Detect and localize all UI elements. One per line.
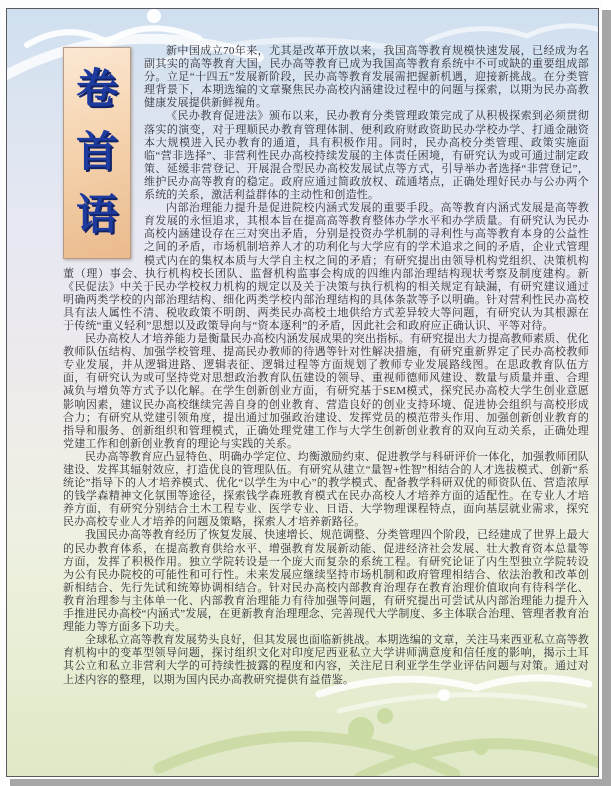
paragraph-3: 内部治理能力提升是促进院校内涵式发展的重要手段。高等教育内涵式发展是高等教育发展… bbox=[63, 202, 589, 333]
paragraph-2: 《民办教育促进法》颁布以来，民办教育分类管理政策完成了从积极探索到必须贯彻落实的… bbox=[63, 110, 589, 202]
title-char-shou: 首 bbox=[76, 132, 118, 174]
page-frame: 卷 首 语 新中国成立70年来，尤其是改革开放以来，我国高等教育规模快速发展，已… bbox=[6, 8, 599, 777]
paragraph-4: 民办高校人才培养能力是衡量民办高校内涵发展成果的突出指标。有研究提出大力提高教师… bbox=[63, 333, 589, 451]
title-char-juan: 卷 bbox=[76, 69, 118, 111]
title-char-yu: 语 bbox=[76, 195, 118, 237]
page-sheet: 卷 首 语 新中国成立70年来，尤其是改革开放以来，我国高等教育规模快速发展，已… bbox=[0, 0, 602, 779]
paragraph-6: 我国民办高等教育经历了恢复发展、快速增长、规范调整、分类管理四个阶段，已经建成了… bbox=[63, 529, 589, 634]
paragraph-5: 民办高等教育应凸显特色、明确办学定位、均衡激励约束、促进教学与科研评价一体化，加… bbox=[63, 451, 589, 530]
paragraph-7: 全球私立高等教育发展势头良好，但其发展也面临新挑战。本期选编的文章，关注马来西亚… bbox=[63, 634, 589, 686]
page-shadow-bottom bbox=[10, 779, 611, 786]
page-shadow-right bbox=[602, 10, 611, 786]
paragraph-1: 新中国成立70年来，尤其是改革开放以来，我国高等教育规模快速发展，已经成为名副其… bbox=[63, 45, 589, 110]
article-body: 卷 首 语 新中国成立70年来，尤其是改革开放以来，我国高等教育规模快速发展，已… bbox=[63, 45, 589, 687]
foreword-title-box: 卷 首 语 bbox=[63, 47, 131, 259]
